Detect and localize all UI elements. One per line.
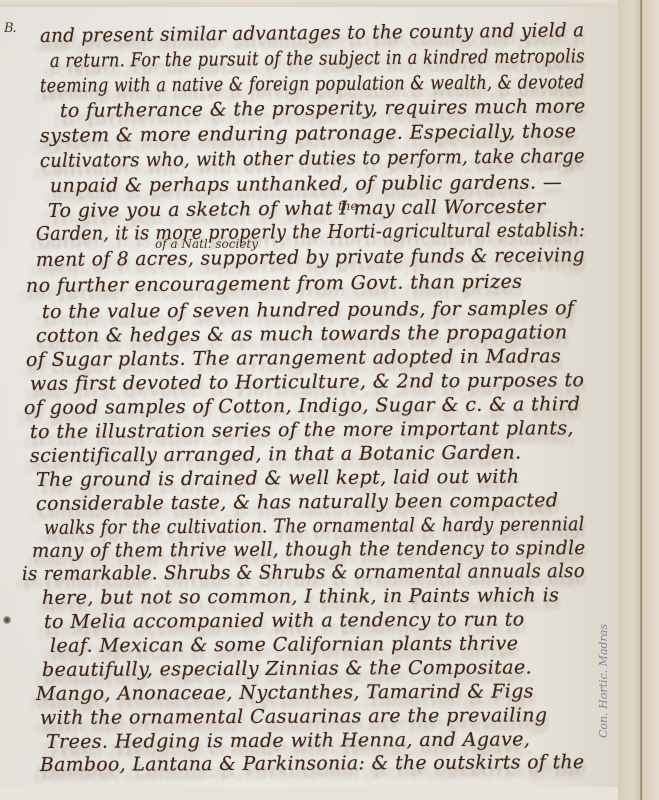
manuscript-line: ment of 8 acres, supported by private fu… <box>36 244 585 271</box>
manuscript-line: no further encouragement from Govt. than… <box>26 271 523 297</box>
document-viewer: B. and present similar advantages to the… <box>0 0 659 800</box>
manuscript-line: unpaid & perhaps unthanked, of public ga… <box>50 171 562 197</box>
manuscript-line: cultivators who, with other duties to pe… <box>40 145 585 172</box>
manuscript-line: considerable taste, & has naturally been… <box>36 489 559 515</box>
page-bottom-edge <box>0 787 620 800</box>
manuscript-line: to furtherance & the prosperity, require… <box>60 95 586 122</box>
manuscript-line: to the value of seven hundred pounds, fo… <box>42 297 575 323</box>
manuscript-line: Trees. Hedging is made with Henna, and A… <box>46 728 530 753</box>
binding-strip <box>618 0 659 800</box>
manuscript-line: beautifully, especially Zinnias & the Co… <box>42 656 532 681</box>
manuscript-line: The ground is drained & well kept, laid … <box>36 466 520 491</box>
manuscript-line: here, but not so common, I think, in Pai… <box>42 584 559 609</box>
manuscript-line: Bamboo, Lantana & Parkinsonia: & the out… <box>40 751 585 776</box>
binding-gutter-line <box>640 0 642 800</box>
manuscript-line: many of them thrive well, though the ten… <box>32 537 586 562</box>
manuscript-line: to Melia accompanied with a tendency to … <box>44 608 525 633</box>
manuscript-line: leaf. Mexican & some Californian plants … <box>50 633 518 657</box>
manuscript-line: of good samples of Cotton, Indigo, Sugar… <box>24 393 580 419</box>
manuscript-line: Garden, it is more properly the Horti-ag… <box>36 219 585 245</box>
folio-mark: B. <box>4 21 16 36</box>
interlinear-insertion: the <box>338 199 358 213</box>
manuscript-line: To give you a sketch of what I may call … <box>48 196 546 222</box>
manuscript-line: and present similar advantages to the co… <box>40 19 585 47</box>
manuscript-line: of Sugar plants. The arrangement adopted… <box>26 345 561 371</box>
manuscript-line: with the ornamental Casuarinas are the p… <box>40 704 548 729</box>
manuscript-page: B. and present similar advantages to the… <box>0 7 618 787</box>
pencil-margin-note: Con. Hortic. Madras <box>597 624 610 738</box>
manuscript-line: system & more enduring patronage. Especi… <box>40 120 577 147</box>
manuscript-line: was first devoted to Horticulture, & 2nd… <box>30 369 584 395</box>
manuscript-line: Mango, Anonaceae, Nyctanthes, Tamarind &… <box>36 680 534 705</box>
ink-blot <box>3 616 11 624</box>
manuscript-line: walks for the cultivation. The ornamenta… <box>44 513 585 539</box>
manuscript-line: scientifically arranged, in that a Botan… <box>30 442 522 467</box>
manuscript-line: to the illustration series of the more i… <box>30 417 574 443</box>
manuscript-line: teeming with a native & foreign populati… <box>40 71 585 97</box>
manuscript-line: is remarkable. Shrubs & Shrubs & ornamen… <box>22 560 585 585</box>
manuscript-line: a return. For the pursuit of the subject… <box>50 45 585 72</box>
manuscript-line: cotton & hedges & as much towards the pr… <box>36 321 568 347</box>
